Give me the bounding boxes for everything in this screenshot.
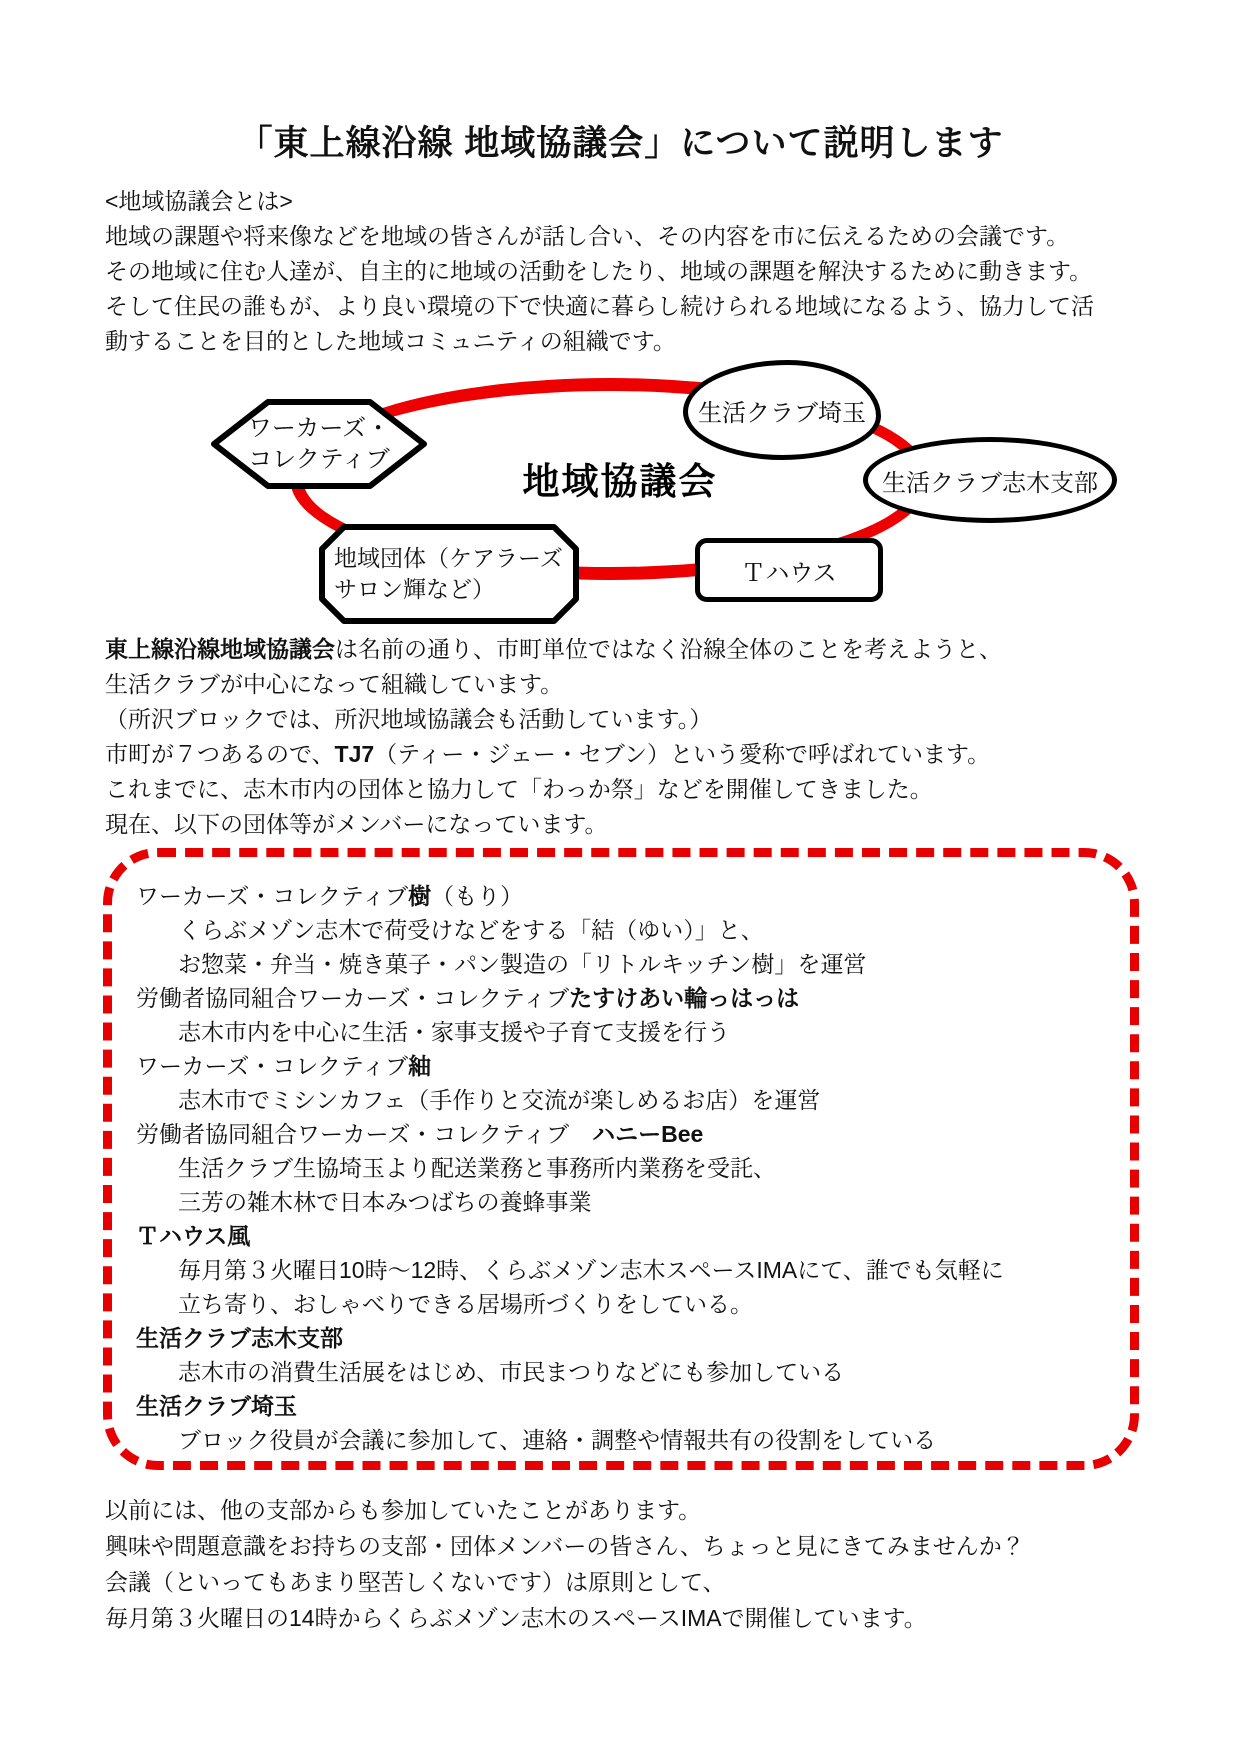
text-line: 会議（といってもあまり堅苦しくないです）は原則として、 <box>105 1564 1145 1600</box>
text-line: 生活クラブ生協埼玉より配送業務と事務所内業務を受託、 <box>136 1151 1112 1185</box>
text-line: 立ち寄り、おしゃべりできる居場所づくりをしている。 <box>136 1287 1112 1321</box>
text-line: 興味や問題意識をお持ちの支部・団体メンバーの皆さん、ちょっと見にきてみませんか？ <box>105 1528 1145 1564</box>
text-line: これまでに、志木市内の団体と協力して「わっか祭」などを開催してきました。 <box>105 772 1145 807</box>
node-label: ワーカーズ・コレクティブ <box>210 397 428 491</box>
text-line: くらぶメゾン志木で荷受けなどをする「結（ゆい）」と、 <box>136 913 1112 947</box>
document-page: 「東上線沿線 地域協議会」について説明します <地域協議会とは>地域の課題や将来… <box>0 0 1241 1754</box>
text-line: 志木市内を中心に生活・家事支援や子育て支援を行う <box>136 1015 1112 1049</box>
page-title: 「東上線沿線 地域協議会」について説明します <box>0 116 1241 166</box>
text-line: 生活クラブ志木支部 <box>136 1321 1112 1355</box>
text-line: 毎月第３火曜日の14時からくらぶメゾン志木のスペースIMAで開催しています。 <box>105 1600 1145 1636</box>
text-line: 毎月第３火曜日10時～12時、くらぶメゾン志木スペースIMAにて、誰でも気軽に <box>136 1253 1112 1287</box>
text-line: 労働者協同組合ワーカーズ・コレクティブ ハニーBee <box>136 1117 1112 1151</box>
text-line: 志木市の消費生活展をはじめ、市民まつりなどにも参加している <box>136 1355 1112 1389</box>
text-line: 東上線沿線地域協議会は名前の通り、市町単位ではなく沿線全体のことを考えようと、 <box>105 632 1145 667</box>
text-line: 地域団体（ケアラーズ <box>334 543 563 574</box>
intro-paragraph: <地域協議会とは>地域の課題や将来像などを地域の皆さんが話し合い、その内容を市に… <box>105 184 1145 359</box>
text-line: ワーカーズ・コレクティブ樹（もり） <box>136 879 1112 913</box>
text-line: （所沢ブロックでは、所沢地域協議会も活動しています。） <box>105 702 1145 737</box>
diagram-node-workers-collective: ワーカーズ・コレクティブ <box>210 397 428 491</box>
text-line: 現在、以下の団体等がメンバーになっています。 <box>105 807 1145 842</box>
text-line: コレクティブ <box>248 444 390 475</box>
text-line: 地域の課題や将来像などを地域の皆さんが話し合い、その内容を市に伝えるための会議で… <box>105 219 1145 254</box>
text-line: <地域協議会とは> <box>105 184 1145 219</box>
text-line: サロン輝など） <box>334 574 495 605</box>
text-line: そして住民の誰もが、より良い環境の下で快適に暮らし続けられる地域になるよう、協力… <box>105 289 1145 324</box>
text-line: 市町が７つあるので、TJ7（ティー・ジェー・セブン）という愛称で呼ばれています。 <box>105 737 1145 772</box>
text-line: 生活クラブ埼玉 <box>136 1389 1112 1423</box>
outro-paragraph: 以前には、他の支部からも参加していたことがあります。興味や問題意識をお持ちの支部… <box>105 1492 1145 1636</box>
text-line: 志木市でミシンカフェ（手作りと交流が楽しめるお店）を運営 <box>136 1083 1112 1117</box>
text-line: その地域に住む人達が、自主的に地域の活動をしたり、地域の課題を解決するために動き… <box>105 254 1145 289</box>
text-line: Ｔハウス風 <box>136 1219 1112 1253</box>
node-label: Ｔハウス <box>741 553 836 588</box>
diagram-node-t-house: Ｔハウス <box>695 538 883 602</box>
text-line: 生活クラブが中心になって組織しています。 <box>105 667 1145 702</box>
council-diagram: ワーカーズ・コレクティブ 生活クラブ埼玉 生活クラブ志木支部 地域団体（ケアラー… <box>0 345 1241 630</box>
text-line: ブロック役員が会議に参加して、連絡・調整や情報共有の役割をしている <box>136 1423 1112 1457</box>
members-list-box: ワーカーズ・コレクティブ樹（もり）くらぶメゾン志木で荷受けなどをする「結（ゆい）… <box>103 848 1139 1470</box>
node-label: 生活クラブ志木支部 <box>882 463 1098 498</box>
diagram-node-seikatsu-club-saitama: 生活クラブ埼玉 <box>683 360 881 460</box>
about-paragraph: 東上線沿線地域協議会は名前の通り、市町単位ではなく沿線全体のことを考えようと、生… <box>105 632 1145 842</box>
node-label: 地域団体（ケアラーズサロン輝など） <box>334 523 574 625</box>
node-label: 生活クラブ埼玉 <box>698 393 866 428</box>
diagram-node-chiiki-dantai: 地域団体（ケアラーズサロン輝など） <box>318 523 580 625</box>
text-line: 三芳の雑木林で日本みつばちの養蜂事業 <box>136 1185 1112 1219</box>
text-line: お惣菜・弁当・焼き菓子・パン製造の「リトルキッチン樹」を運営 <box>136 947 1112 981</box>
diagram-node-seikatsu-club-shiki: 生活クラブ志木支部 <box>863 437 1117 523</box>
diagram-center-label: 地域協議会 <box>450 451 790 505</box>
text-line: ワーカーズ・ <box>248 413 390 444</box>
text-line: 以前には、他の支部からも参加していたことがあります。 <box>105 1492 1145 1528</box>
text-line: ワーカーズ・コレクティブ紬 <box>136 1049 1112 1083</box>
text-line: 労働者協同組合ワーカーズ・コレクティブたすけあい輪っはっは <box>136 981 1112 1015</box>
